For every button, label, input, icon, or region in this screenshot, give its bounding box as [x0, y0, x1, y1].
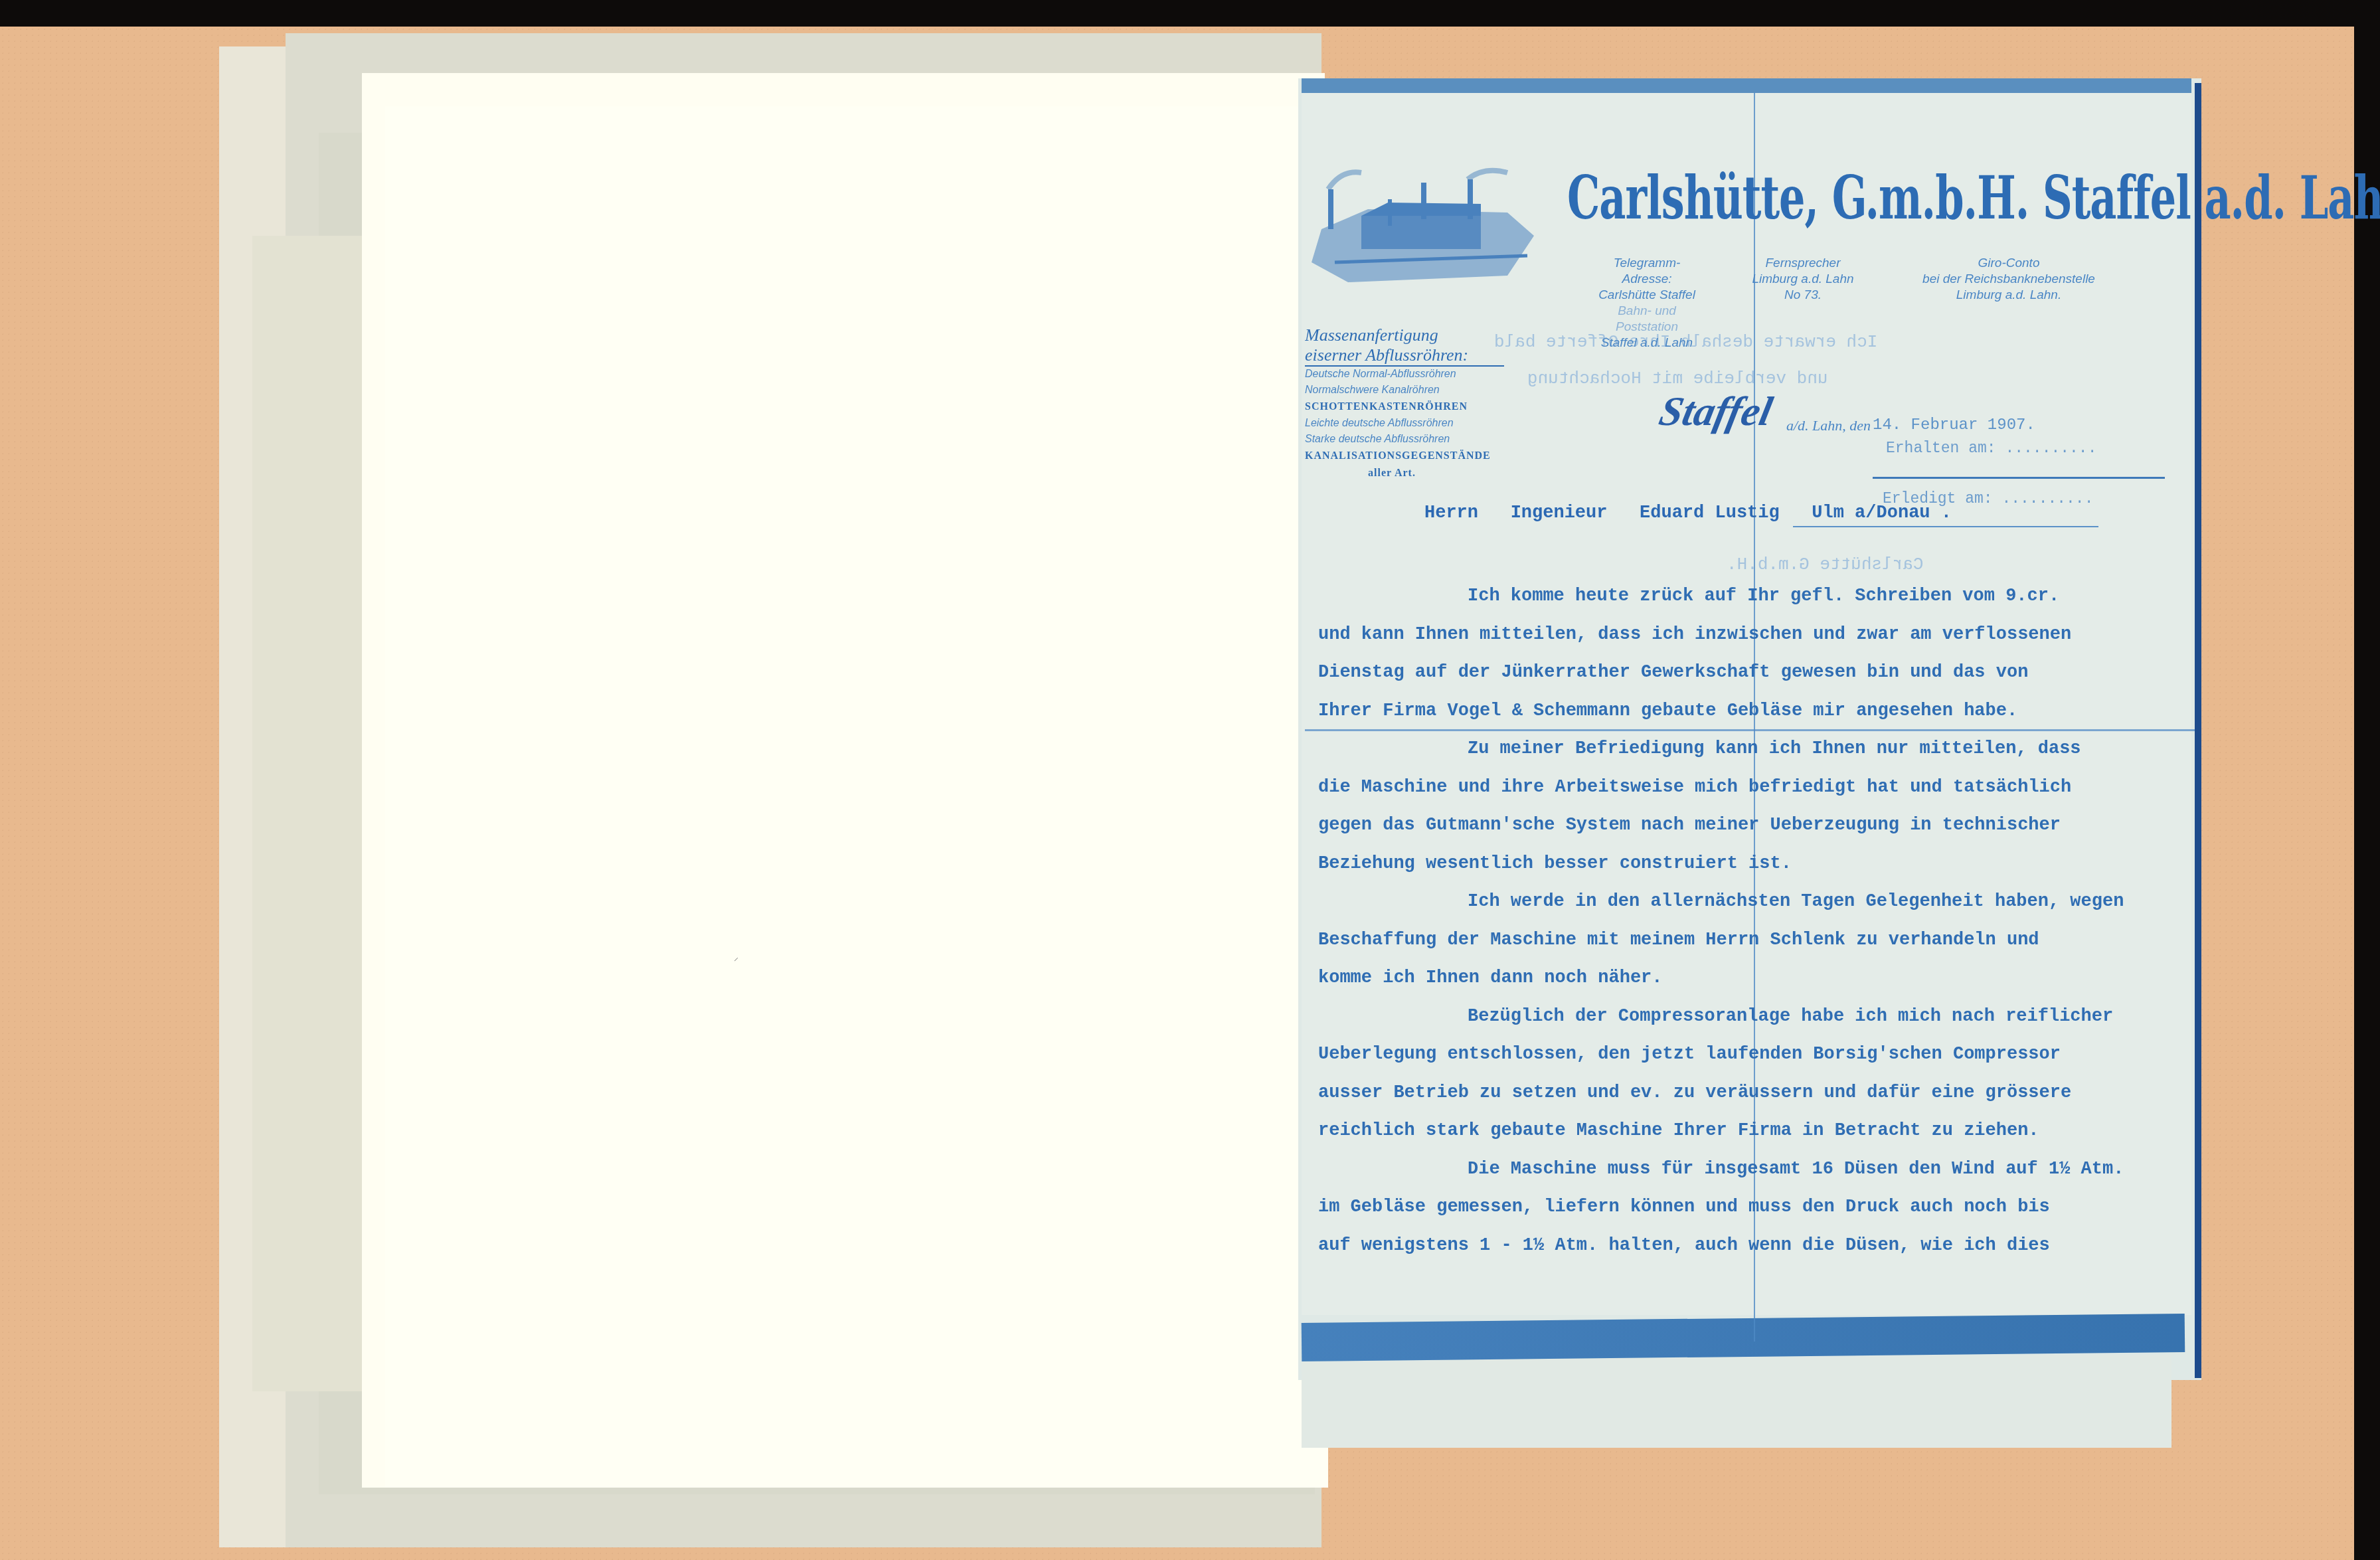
body-line: auf wenigstens 1 - 1½ Atm. halten, auch … [1318, 1227, 2201, 1266]
giro-city: Limburg a.d. Lahn. [1899, 288, 2118, 303]
body-line: komme ich Ihnen dann noch näher. [1318, 960, 2201, 998]
letter-underlying-sheet [1302, 1355, 2171, 1448]
giro-account-block: Giro-Conto bei der Reichsbanknebenstelle… [1899, 256, 2118, 303]
body-line: ausser Betrieb zu setzen und ev. zu verä… [1318, 1075, 2201, 1113]
recipient-name: Eduard Lustig [1640, 503, 1780, 523]
telegram-label: Telegramm-Adresse: [1597, 256, 1697, 288]
body-line: Ihrer Firma Vogel & Schemmann gebaute Ge… [1318, 693, 2201, 731]
body-line: Ich werde in den allernächsten Tagen Gel… [1318, 883, 2201, 922]
product-heading-1: Massenanfertigung [1305, 325, 1504, 345]
place-suffix: a/d. Lahn, den [1786, 417, 1871, 434]
giro-bank: bei der Reichsbanknebenstelle [1899, 272, 2118, 288]
body-line: Beziehung wesentlich besser construiert … [1318, 845, 2201, 884]
body-line: im Gebläse gemessen, liefern können und … [1318, 1189, 2201, 1227]
product-item: Deutsche Normal-Abflussröhren [1305, 367, 1504, 383]
factory-illustration-icon [1308, 163, 1544, 289]
letter-body: Ich komme heute zrück auf Ihr gefl. Schr… [1318, 578, 2201, 1265]
telegram-address-block: Telegramm-Adresse: Carlshütte Staffel Ba… [1597, 256, 1697, 351]
body-line: Ueberlegung entschlossen, den jetzt lauf… [1318, 1036, 2201, 1075]
phone-number: No 73. [1740, 288, 1866, 303]
show-through-text: Carlshütte G.m.b.H. [1727, 555, 1923, 574]
body-line: Ich komme heute zrück auf Ihr gefl. Schr… [1318, 578, 2201, 616]
product-item: SCHOTTENKASTENRÖHREN [1305, 398, 1504, 416]
recipient-city: Ulm a/Donau . [1812, 503, 1952, 523]
product-item: Normalschwere Kanalröhren [1305, 383, 1504, 398]
blank-white-sheet [385, 106, 1328, 1488]
letter-date: 14. Februar 1907. [1873, 416, 2035, 434]
pencil-mark: ⸝ [734, 951, 751, 960]
product-item: Starke deutsche Abflussröhren [1305, 432, 1504, 448]
received-stamp: Erhalten am: .......... [1886, 440, 2096, 457]
telegram-value: Carlshütte Staffel [1597, 288, 1697, 303]
recipient-title: Ingenieur [1511, 503, 1608, 523]
recipient-underline [1793, 526, 2098, 527]
station-value: Staffel a.d. Lahn [1597, 335, 1697, 351]
phone-city: Limburg a.d. Lahn [1740, 272, 1866, 288]
product-item: KANALISATIONSGEGENSTÄNDE [1305, 448, 1504, 465]
body-line: Zu meiner Befriedigung kann ich Ihnen nu… [1318, 731, 2201, 769]
company-name: Carlshütte, G.m.b.H. Staffel a.d. Lahn. [1567, 163, 2380, 233]
place-signature: Staffel [1655, 389, 1776, 436]
body-line: Die Maschine muss für insgesamt 16 Düsen… [1318, 1151, 2201, 1189]
body-line: Beschaffung der Maschine mit meinem Herr… [1318, 922, 2201, 960]
body-line: und kann Ihnen mitteilen, dass ich inzwi… [1318, 616, 2201, 655]
phone-label: Fernsprecher [1740, 256, 1866, 272]
body-line: reichlich stark gebaute Maschine Ihrer F… [1318, 1112, 2201, 1151]
recipient-line: Herrn Ingenieur Eduard Lustig Ulm a/Dona… [1424, 503, 1952, 523]
giro-label: Giro-Conto [1899, 256, 2118, 272]
show-through-text: und verbleibe mit Hochachtung [1527, 369, 1827, 389]
station-label: Bahn- und Poststation [1597, 303, 1697, 335]
product-item: Leichte deutsche Abflussröhren [1305, 416, 1504, 432]
phone-block: Fernsprecher Limburg a.d. Lahn No 73. [1740, 256, 1866, 303]
body-line: Dienstag auf der Jünkerrather Gewerkscha… [1318, 654, 2201, 693]
product-list: Massenanfertigung eiserner Abflussröhren… [1305, 325, 1504, 482]
recipient-salutation: Herrn [1424, 503, 1478, 523]
stamp-divider [1873, 477, 2165, 479]
body-line: Bezüglich der Compressoranlage habe ich … [1318, 998, 2201, 1037]
body-line: gegen das Gutmann'sche System nach meine… [1318, 807, 2201, 845]
product-item: aller Art. [1305, 465, 1504, 482]
product-heading-2: eiserner Abflussröhren: [1305, 345, 1504, 367]
body-line: die Maschine und ihre Arbeitsweise mich … [1318, 769, 2201, 808]
